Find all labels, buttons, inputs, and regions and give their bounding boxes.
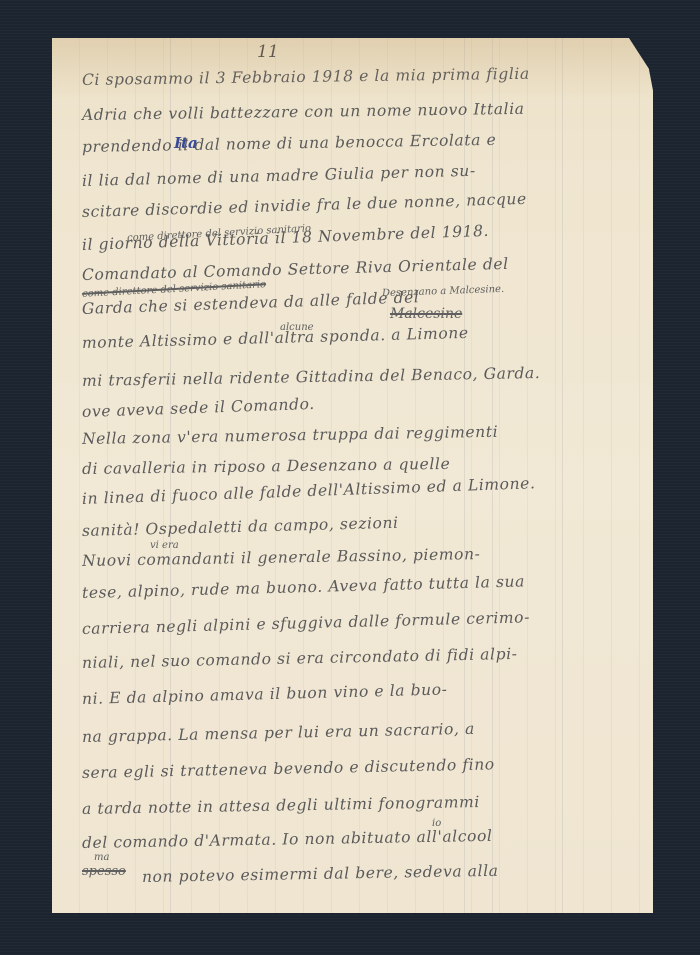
text-line: Comandato al Comando Settore Riva Orient… (82, 252, 632, 284)
text-line: Nella zona v'era numerosa truppa dai reg… (82, 420, 632, 448)
text-line: niali, nel suo comando si era circondato… (82, 642, 632, 672)
text-line: Adria che volli battezzare con un nome n… (82, 98, 632, 124)
manuscript-page: 11 Ci sposammo il 3 Febbraio 1918 e la m… (52, 38, 653, 913)
interlinear-insertion: ma (94, 852, 109, 863)
text-line: non potevo esimermi dal bere, sedeva all… (142, 858, 653, 886)
text-line: tese, alpino, rude ma buono. Aveva fatto… (82, 570, 632, 602)
text-line: il lia dal nome di una madre Giulia per … (82, 158, 632, 190)
text-line: carriera negli alpini e sfuggiva dalle f… (82, 606, 632, 638)
text-line: Ci sposammo il 3 Febbraio 1918 e la mia … (82, 63, 632, 89)
text-line: prendendo il dal nome di una benocca Erc… (82, 128, 632, 156)
interlinear-insertion: vi era (150, 540, 179, 551)
text-line: il giorno della Vittoria il 18 Novembre … (82, 217, 632, 254)
struck-text: Malcesine (390, 306, 462, 322)
text-line: sanità! Ospedaletti da campo, sezioni (82, 508, 632, 540)
text-line: a tarda notte in attesa degli ultimi fon… (82, 790, 632, 818)
text-line: ove aveva sede il Comando. (82, 384, 632, 421)
text-line: sera egli si tratteneva bevendo e discut… (82, 752, 632, 782)
text-line: monte Altissimo e dall'altra sponda. a L… (82, 320, 632, 352)
page-number: 11 (257, 42, 279, 62)
struck-text: spesso (82, 864, 126, 879)
text-line: scitare discordie ed invidie fra le due … (82, 187, 632, 221)
text-line: ni. E da alpino amava il buon vino e la … (82, 676, 632, 708)
text-line: del comando d'Armata. Io non abituato al… (82, 824, 632, 852)
text-line: na grappa. La mensa per lui era un sacra… (82, 716, 632, 746)
